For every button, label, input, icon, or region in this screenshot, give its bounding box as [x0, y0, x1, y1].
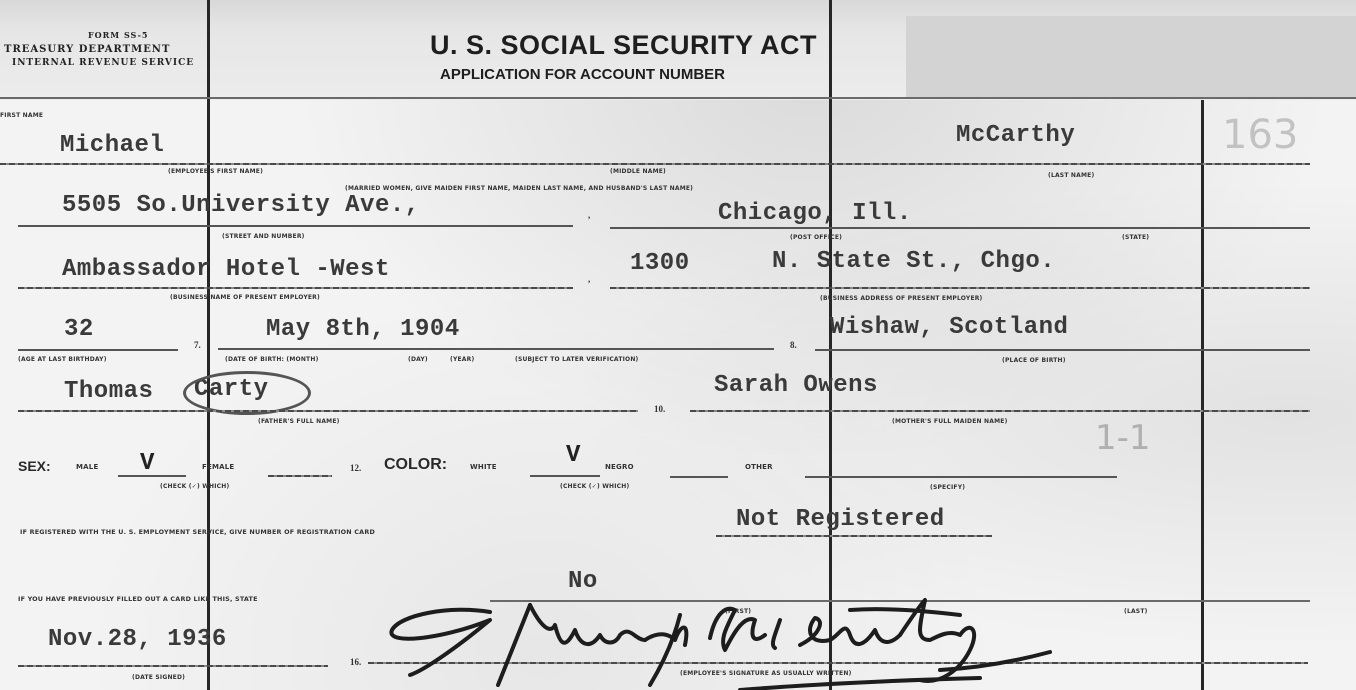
employment-service-question: If registered with the U. S. Employment …: [20, 528, 375, 536]
caption-date-signed: (Date signed): [132, 674, 185, 681]
department: Treasury Department: [4, 44, 170, 55]
color-other-label: OTHER: [745, 463, 773, 471]
caption-father-name: (Father's full name): [258, 418, 340, 425]
caption-married-women: (Married women, give maiden first name, …: [345, 185, 693, 192]
sex-female-line: [268, 475, 332, 477]
previous-card-question: If you have previously filled out a card…: [18, 595, 258, 603]
pencil-note: 1-1: [1095, 418, 1151, 458]
caption-last-name: (Last name): [1048, 172, 1094, 179]
page-subtitle: APPLICATION FOR ACCOUNT NUMBER: [440, 66, 725, 83]
caption-employer-name: (Business name of present employer): [170, 294, 320, 301]
date-signed-line: [18, 665, 328, 667]
caption-check-color: (Check (✓) which): [560, 483, 629, 490]
sex-checkmark: V: [140, 450, 155, 477]
comma-mark: ,: [588, 274, 590, 284]
sex-male-label: MALE: [76, 463, 98, 471]
father-first-name: Thomas: [64, 378, 153, 405]
caption-dob-day: (Day): [408, 356, 428, 363]
employment-service-line: [716, 535, 992, 537]
field-number-12: 12.: [350, 463, 361, 473]
margin-number: 163: [1222, 112, 1298, 158]
city-line: [610, 227, 1310, 229]
document-page: Form SS-5 Treasury Department Internal R…: [0, 0, 1356, 690]
age-value: 32: [64, 316, 94, 343]
place-of-birth-value: Wishaw, Scotland: [830, 314, 1068, 341]
circled-annotation: [183, 371, 311, 415]
service: Internal Revenue Service: [12, 58, 194, 68]
caption-employer-address: (Business address of present employer): [820, 295, 983, 302]
street-address-value: 5505 So.University Ave.,: [62, 192, 420, 219]
first-name-label: First Name: [0, 112, 43, 119]
street-line: [18, 225, 573, 227]
color-white-line: [530, 475, 600, 477]
caption-post-office: (Post office): [790, 234, 842, 241]
caption-age: (Age at last birthday): [18, 356, 107, 363]
sex-label: SEX:: [18, 458, 51, 474]
field-number-16: 16.: [350, 657, 361, 667]
caption-employee-first-name: (Employee's first name): [168, 168, 263, 175]
field-number-comma: ,: [588, 210, 590, 220]
place-of-birth-line: [815, 349, 1310, 351]
sex-male-line: [118, 475, 186, 477]
vertical-rule-left: [207, 0, 210, 690]
vertical-rule-center: [829, 0, 832, 690]
caption-middle-name: (Middle name): [610, 168, 666, 175]
header-divider: [0, 97, 1356, 99]
date-signed-value: Nov.28, 1936: [48, 626, 227, 653]
employer-address-line: [610, 287, 1310, 289]
age-line: [18, 349, 178, 351]
employment-service-answer: Not Registered: [736, 506, 945, 533]
color-other-line: [805, 476, 1117, 478]
form-number: Form SS-5: [88, 30, 149, 40]
field-number-8: 8.: [790, 340, 797, 350]
date-of-birth-value: May 8th, 1904: [266, 316, 460, 343]
color-negro-line: [670, 476, 728, 478]
color-checkmark: V: [566, 442, 581, 469]
employer-address-street: N. State St., Chgo.: [772, 248, 1055, 275]
caption-specify: (Specify): [930, 484, 965, 491]
caption-street: (Street and number): [222, 233, 305, 240]
first-name-value: Michael: [60, 132, 164, 159]
field-number-10: 10.: [654, 404, 665, 414]
redacted-area: [906, 16, 1356, 98]
sex-female-label: FEMALE: [202, 463, 234, 471]
caption-check-sex: (Check (✓) which): [160, 483, 229, 490]
caption-dob-year: (Year): [450, 356, 474, 363]
page-title: U. S. SOCIAL SECURITY ACT: [430, 30, 817, 61]
signature-scribble: [380, 590, 1180, 690]
dob-line: [218, 348, 774, 350]
caption-dob-note: (Subject to later verification): [515, 356, 639, 363]
father-line: [18, 410, 638, 412]
color-negro-label: NEGRO: [605, 463, 634, 471]
name-line: [0, 163, 1310, 165]
color-label: COLOR:: [384, 456, 447, 474]
city-state-value: Chicago, Ill.: [718, 200, 912, 227]
color-white-label: WHITE: [470, 463, 497, 471]
employer-name-line: [18, 287, 573, 289]
caption-mother-name: (Mother's full maiden name): [892, 418, 1008, 425]
field-number-7: 7.: [194, 340, 201, 350]
mother-name-value: Sarah Owens: [714, 372, 878, 399]
employer-name-value: Ambassador Hotel -West: [62, 256, 390, 283]
caption-state: (State): [1122, 234, 1149, 241]
caption-place-of-birth: (Place of birth): [1002, 357, 1066, 364]
caption-dob-month: (Date of birth: (month): [225, 356, 319, 363]
employer-address-number: 1300: [630, 250, 690, 277]
last-name-value: McCarthy: [956, 122, 1075, 149]
mother-line: [690, 410, 1310, 412]
